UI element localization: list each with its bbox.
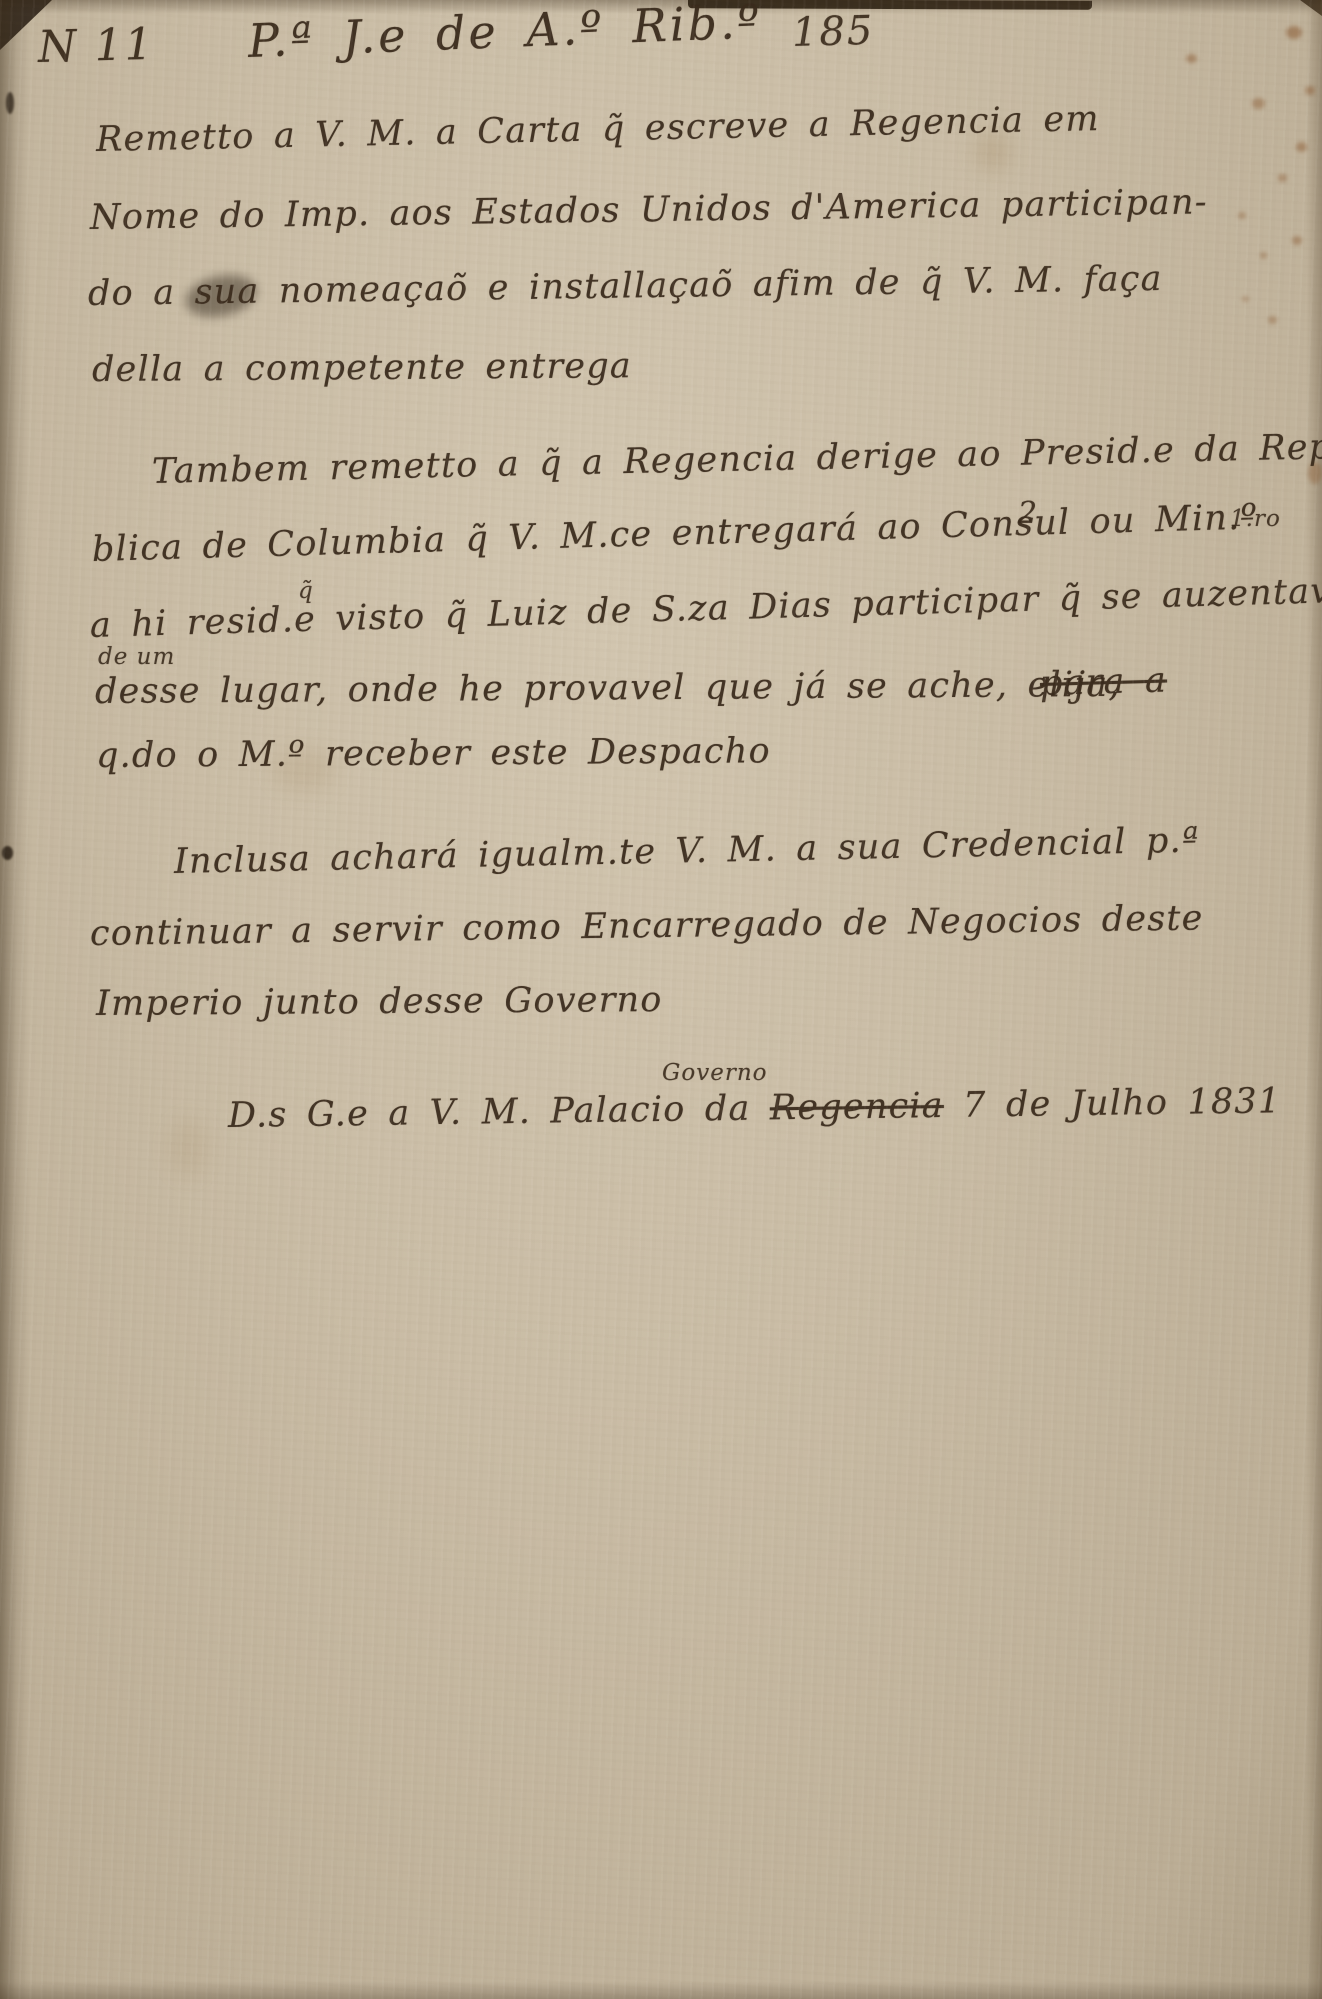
closing-text-before: D.s G.e a V. M. Palacio da [228,1088,770,1136]
page-number: 185 [791,8,875,56]
closing-text-after: 7 de Julho 1831 [944,1081,1282,1126]
closing-struck-word: Regencia [770,1086,945,1128]
manuscript-line: della a competente entrega [92,346,632,390]
faint-stain [168,1118,208,1178]
foxing-spot [1252,98,1265,109]
manuscript-line: continuar a servir como Encarregado de N… [90,898,1204,954]
document-number: N 11 [37,19,155,73]
manuscript-line: Nome do Imp. aos Estados Unidos d'Americ… [90,182,1208,238]
foxing-spot [1286,26,1302,39]
foxing-spot [1186,54,1197,63]
manuscript-line: Imperio junto desse Governo [96,980,663,1024]
manuscript-line: blica de Columbia q̃ V. M.ce entregará a… [91,497,1258,570]
manuscript-line: desse lugar, onde he provavel que já se … [95,665,1121,712]
interlinear-insertion: Governo [662,1060,767,1086]
closing-line: D.s G.e a V. M. Palacio da Regencia 7 de… [228,1081,1282,1136]
manuscript-line: a hi resid.e visto q̃ Luiz de S.za Dias … [89,571,1322,646]
foxing-spot [1242,296,1249,302]
page-edge-shadow-bottom [0,1981,1322,1999]
manuscript-page: N 11 P.ª J.e de A.º Rib.º 185 Remetto a … [0,0,1322,1999]
page-edge-shadow-left [0,0,30,1999]
foxing-spot [1278,174,1287,182]
strikethrough-text: para a [1039,660,1167,704]
page-edge-shadow-right [1306,0,1322,1999]
manuscript-line: do a sua nomeaçaõ e installaçaõ afim de … [88,259,1163,314]
manuscript-line: Inclusa achará igualm.te V. M. a sua Cre… [174,821,1201,882]
interlinear-insertion: de um [98,644,175,670]
manuscript-line: q.do o M.º receber este Despacho [96,731,771,776]
ordering-mark: 2 [1018,496,1037,531]
ordering-mark: 1.ro [1230,506,1281,532]
interlinear-insertion: q̃ [298,578,314,604]
manuscript-line: Tambem remetto a q̃ a Regencia derige ao… [152,427,1322,492]
foxing-spot [1268,316,1277,324]
foxing-spot [1292,236,1302,245]
manuscript-line: Remetto a V. M. a Carta q̃ escreve a Reg… [96,99,1101,160]
page-heading: P.ª J.e de A.º Rib.º [247,0,763,68]
foxing-spot [1238,212,1246,219]
foxing-spot [1260,252,1267,259]
